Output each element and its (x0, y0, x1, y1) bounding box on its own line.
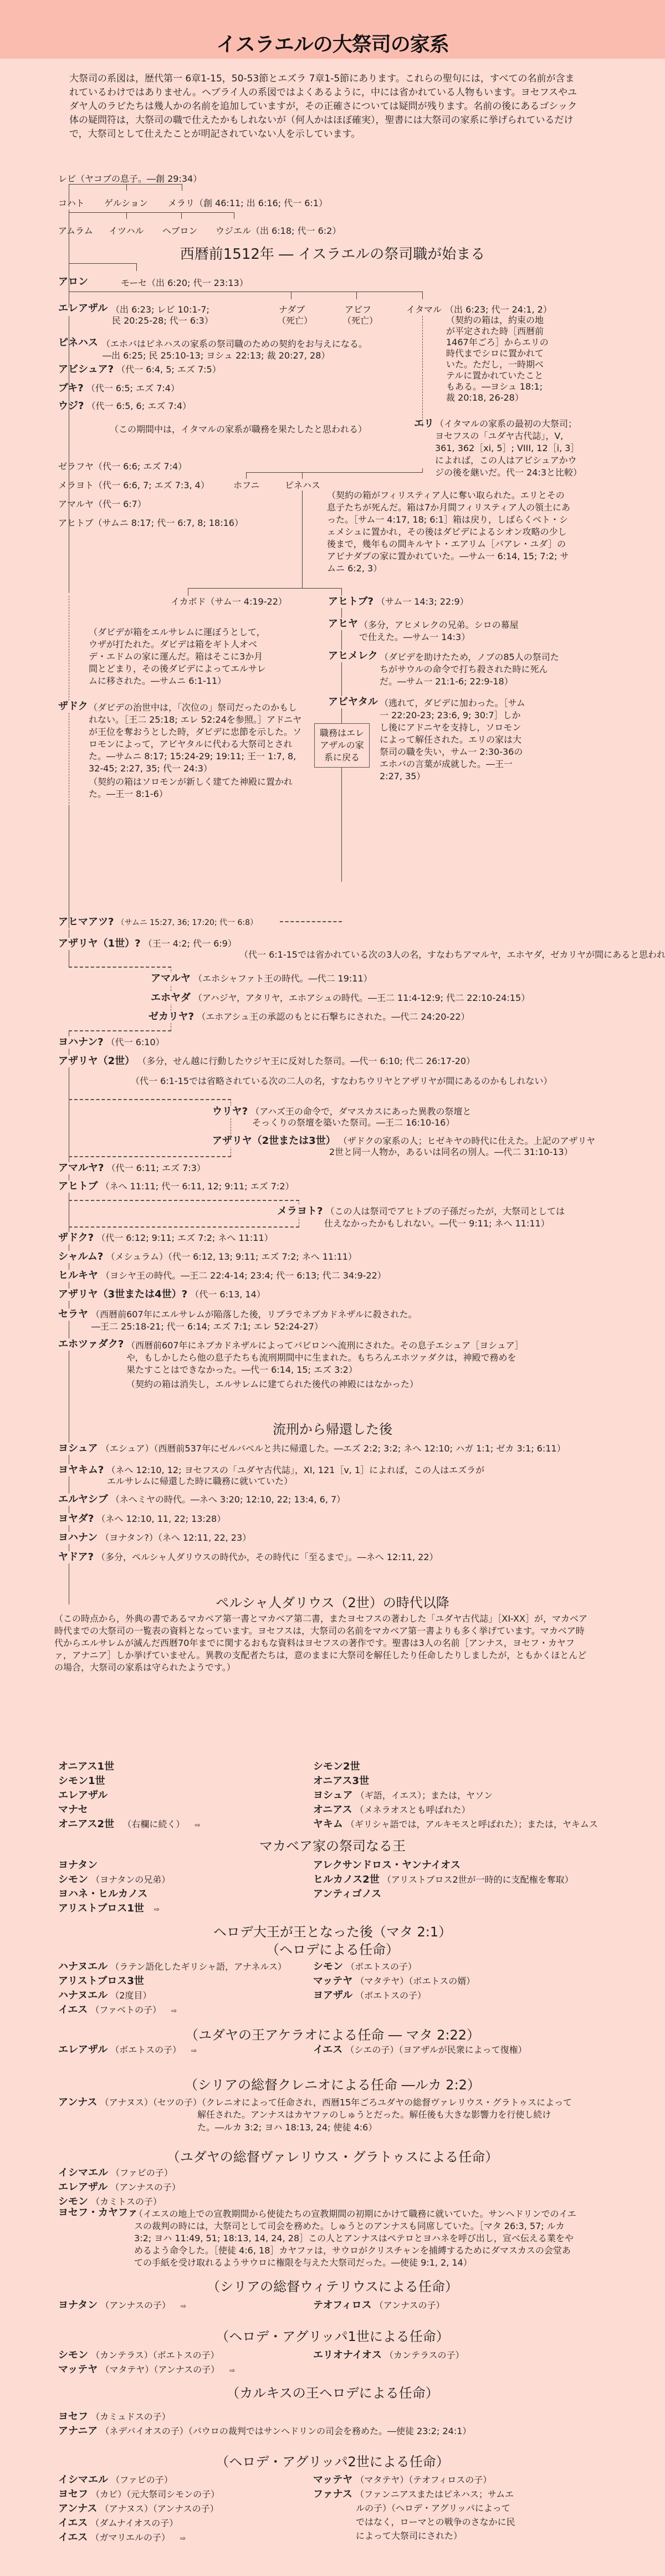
johanan-2-ref: （ヨナタン?）（ネへ 12:11, 22, 23） (100, 1532, 251, 1543)
zerahiah: ゼラフヤ（代一 6:6; エズ 7:4） (58, 461, 187, 473)
ithamar-ref: （出 6:23; 代一 24:1, 2） (445, 304, 552, 316)
section-title-archelaus: （ユダヤの王アケラオによる任命 ― マタ 2:22） (0, 2026, 665, 2044)
priest-item: アレクサンドロス・ヤンナイオス (313, 1858, 623, 1873)
priest-item: アリストブロス1世⇨ (58, 1902, 302, 1916)
ahijah-note: （多分，アヒメレクの兄弟。シロの幕屋で仕えた。―サム一 14:3） (359, 619, 525, 643)
hilkiah-ref: （ヨシヤ王の時代。―王二 22:4-14; 23:4; 代一 6:13; 代二 … (101, 1270, 386, 1281)
continue-arrow-icon: ⇨ (229, 2363, 235, 2378)
tree-line (356, 292, 357, 299)
archelaus-left-list: エレアザル （ボエトスの子）⇨ (58, 2043, 302, 2058)
agrippa2-right-list: マッテヤ （マタテヤ）（テオフィロスの子） ファナス （ファンニアスまたはピネハ… (313, 2473, 518, 2543)
azariah-1-ref: （王一 4:2; 代一 6:9） (144, 938, 237, 949)
phinehas-note: ―出 6:25; 民 25:10-13; ヨシュ 22:13; 裁 20:27,… (103, 350, 330, 362)
azariah-2-or-3: アザリヤ（2世または3世） (212, 1135, 336, 1147)
jaddua-ref: （多分，ペルシャ人ダリウスの時代か，その時代に「至るまで」。―ネへ 12:11,… (96, 1552, 438, 1562)
persian-note: （この時点から，外典の書であるマカベア第一書とマカベア第二書，またヨセフスの著わ… (54, 1613, 592, 1674)
gratus-list: イシマエル （ファビの子） エレアザル （アンナスの子） シモン （カミトスの子… (58, 2166, 302, 2209)
jehozadak: エホツァダク? (58, 1338, 124, 1350)
eleazar-ref: 民 20:25-28; 代一 6:3） (112, 315, 213, 327)
uzzi: ウジ? (58, 400, 84, 412)
ithamar: イタマル (406, 304, 442, 316)
maccabean-left-list: ヨナタン シモン （ヨナタンの兄弟） ヨハネ・ヒルカノス アリストブロス1世⇨ (58, 1858, 302, 1916)
jehozadak-note: （西暦前607年にネブカドネザルによってバビロンへ流刑にされた。その息子エシュア… (126, 1340, 520, 1376)
ahijah: アヒヤ (328, 618, 358, 630)
tree-line-dashed (69, 1099, 231, 1100)
tree-line (422, 292, 423, 299)
priest-item: ヨアザル （ボエトスの子） (313, 1989, 623, 2003)
nadab-note: （死亡） (277, 315, 313, 327)
levi: レビ（ヤコブの息子。―創 29:34） (58, 173, 202, 185)
meraioth-2: メラヨト? (277, 1205, 323, 1217)
section-title-persian: ペルシャ人ダリウス（2世）の時代以降 (0, 1594, 665, 1612)
tree-line (69, 929, 69, 938)
tree-line (246, 472, 423, 473)
izhar: イツハル (109, 225, 144, 237)
ark-capture-note: （契約の箱がフィリスティア人に奪い取られた。エリとその息子たちが死んだ。箱は7か… (327, 489, 571, 575)
azariah-2-note: （多分，せん越に行動したウジヤ王に反対した祭司。―代一 6:10; 代二 26:… (137, 1056, 475, 1066)
tree-line (188, 588, 188, 596)
page-title: イスラエルの大祭司の家系 (0, 29, 665, 57)
tree-line (302, 472, 303, 479)
amariah-2: アマルヤ (151, 973, 191, 984)
ahimaaz-ref: （サムニ 15:27, 36; 17:20; 代一 6:8） (117, 918, 258, 927)
omitted-names-note-2: （代一 6:1-15では省略されている次の二人の名，すなわちウリヤとアザリヤが間… (131, 1075, 552, 1087)
continue-arrow-icon: ⇨ (191, 2043, 197, 2058)
jeshua-ref: （エシュア）（西暦前537年にゼルバベルと共に帰還した。―エズ 2:2; 3:2… (101, 1443, 566, 1454)
priest-item: オニアス1世 (58, 1760, 302, 1774)
tree-line (182, 184, 182, 191)
archelaus-right-list: イエス （シエの子）（ヨアザルが民衆によって復権） (313, 2043, 623, 2057)
priest-item: エリオナイオス （カンテラスの子） (313, 2348, 623, 2363)
ahimelech: アヒメレク (328, 650, 378, 662)
tree-line (181, 212, 182, 219)
section-title-gratus: （ユダヤの総督ヴァレリウス・グラトゥスによる任命） (0, 2148, 665, 2166)
phinehas: ピネハス (58, 337, 98, 349)
tree-line-dashed (69, 967, 171, 968)
priest-item: ハナヌエル （2度目） (58, 1989, 302, 2003)
zadok-note: （ダビデの治世中は，「次位の」祭司だったのかもしれない。［王二 25:18; エ… (89, 702, 302, 775)
tree-line-dashed (422, 316, 423, 427)
eliashib-ref: （ネへミヤの時代。―ネへ 3:20; 12:10, 22; 13:4, 6, 7… (111, 1494, 345, 1505)
tree-line-dashed (280, 921, 342, 922)
section-title-after-exile: 流刑から帰還した後 (0, 1420, 665, 1438)
tree-line-dashed (69, 1200, 299, 1201)
seraiah-note-cont: ―王二 25:18-21; 代一 6:14; エズ 7:1; エレ 52:24-… (91, 1321, 323, 1333)
bukki: ブキ? (58, 382, 84, 394)
nadab: ナダブ (279, 304, 305, 316)
priest-item: マッテヤ （マタテヤ）（テオフィロスの子） (313, 2473, 518, 2487)
urijah: ウリヤ? (212, 1106, 248, 1117)
tree-line-dashed (69, 1226, 299, 1228)
amariah-2-note: （エホシャファト王の時代。―代二 19:11） (193, 973, 372, 984)
meraioth: メラヨト（代一 6:6, 7; エズ 7:3, 4） (58, 479, 209, 492)
shallum: シャルム? (58, 1251, 103, 1263)
hilkiah: ヒルキヤ (58, 1270, 98, 1281)
continue-arrow-icon: ⇨ (195, 1818, 200, 1832)
abiathar: アビヤタル (328, 696, 378, 708)
tree-line (69, 184, 182, 185)
uzzi-ref: （代一 6:5, 6; エズ 7:4） (87, 401, 192, 411)
continue-arrow-icon: ⇨ (180, 2531, 186, 2546)
azariah-2-or-3-note: （ザドクの家系の人；ヒゼキヤの時代に仕えた。上記のアザリヤ (339, 1136, 595, 1146)
priest-item: アリストブロス3世 (58, 1974, 302, 1989)
priest-item: シモン （ヨナタンの兄弟） (58, 1873, 302, 1887)
priest-item: ハナヌエル （ラテン語化したギリシャ語，アナネルス） (58, 1960, 302, 1974)
ahitub-3: アヒトブ (58, 1180, 98, 1192)
uzzah-note: （ダビデが箱をエルサレムに運ぼうとして，ウザが打たれた。ダビデは箱をギト人オベデ… (89, 626, 272, 687)
ark-lost-note: （契約の箱は消失し，エルサレムに建てられた後代の神殿にはなかった） (126, 1378, 418, 1391)
jaddua: ヤドア? (58, 1551, 94, 1563)
priest-item: マッテヤ （マタテヤ）（ボエトスの婿） (313, 1974, 623, 1989)
eli: エリ (414, 418, 434, 430)
priest-item: テオフィロス （アンナスの子） (313, 2298, 623, 2313)
priest-item: ヒルカノス2世 （アリストブロス2世が一時的に支配権を奪取） (313, 1873, 623, 1887)
jehoiada: エホヤダ (151, 992, 191, 1004)
maccabean-right-list: アレクサンドロス・ヤンナイオス ヒルカノス2世 （アリストブロス2世が一時的に支… (313, 1858, 623, 1902)
section-title-maccabean: マカベア家の祭司なる王 (0, 1837, 665, 1855)
ahimelech-note: （ダビデを助けたため，ノブの85人の祭司たちがサウルの命令で打ち殺された時に死ん… (380, 651, 562, 688)
caiaphas-note: （イエスの地上での宣教期間から使徒たちの宣教期間の初期にかけて職務に就いていた。… (134, 2208, 577, 2269)
zechariah: ゼカリヤ? (149, 1011, 194, 1023)
phinehas-son-of-eli: ピネハス (285, 479, 320, 492)
seraiah-note: （西暦前607年にエルサレムが陥落した後，リブラでネブカドネザルに殺された。 (91, 1309, 417, 1320)
azariah-2-or-3-note-cont: 2世と同一人物か，あるいは同名の別人。―代二 31:10-13） (329, 1146, 573, 1158)
vitellius-right-list: テオフィロス （アンナスの子） (313, 2298, 623, 2313)
priest-item: オニアス3世 (313, 1774, 623, 1788)
section-title-1512: 西暦前1512年 ― イスラエルの祭司職が始まる (0, 245, 665, 264)
kohath: コハト (58, 197, 85, 209)
priest-item: シモン2世 (313, 1760, 623, 1774)
abihu: アビフ (345, 304, 371, 316)
priest-item: アンティゴノス (313, 1887, 623, 1902)
tree-line (302, 490, 303, 589)
priest-item: ヤキム （ギリシャ語では，アルキモスと呼ばれた）；または，ヤキムス (313, 1817, 623, 1832)
johanan-1: ヨハナン? (58, 1036, 104, 1048)
hophni: ホフニ (233, 479, 259, 492)
aaron: アロン (58, 276, 88, 288)
continue-arrow-icon: ⇨ (171, 2003, 177, 2018)
azariah-1: アザリヤ（1世）? (58, 938, 141, 949)
tree-line (291, 292, 291, 299)
section-subtitle-herod: （ヘロデによる任命） (0, 1941, 665, 1959)
priest-item: オニアス2世 （右欄に続く）⇨ (58, 1817, 302, 1832)
priest-item: シモン （ボエトスの子） (313, 1960, 623, 1974)
caiaphas: ヨセフ・カヤファ (58, 2207, 138, 2219)
abishua: アビシュア? (58, 364, 114, 375)
temple-note: （契約の箱はソロモンが新しく建てた神殿に置かれた。―王一 8:1-6） (89, 776, 302, 800)
urijah-note: （アハズ王の命令で，ダマスカスにあった異教の祭壇と (250, 1106, 471, 1117)
abihu-note: （死亡） (342, 315, 378, 327)
priest-item: イエス （ダムナイオスの子） (58, 2516, 302, 2531)
section-title-vitellius: （シリアの総督ウィテリウスによる任命） (0, 2278, 665, 2296)
azariah-3-or-4: アザリヤ（3世または4世）? (58, 1289, 187, 1300)
priest-item: オニアス （メネラオスとも呼ばれた） (313, 1803, 623, 1817)
priest-item: アンナス （アナヌス）（アンナスの子） (58, 2502, 302, 2516)
merari: メラリ（創 46:11; 出 6:16; 代一 6:1） (168, 197, 328, 209)
page-header: イスラエルの大祭司の家系 (0, 0, 665, 59)
priest-item: マッテヤ （マタテヤ）（アンナスの子）⇨ (58, 2363, 302, 2378)
annas-note-cont: 解任された。アンナスはカヤファのしゅうとだった。解任後も大きな影響力を行使し続け (197, 2109, 551, 2121)
tree-line (69, 212, 234, 213)
priest-item: ファナス （ファンニアスまたはピネハス；サムエルの子）（ヘロデ・アグリッパによっ… (313, 2487, 518, 2543)
agrippa1-right-list: エリオナイオス （カンテラスの子） (313, 2348, 623, 2363)
persian-left-list: オニアス1世 シモン1世 エレアザル マナセ オニアス2世 （右欄に続く）⇨ (58, 1760, 302, 1832)
zadok-2-ref: （代一 6:12; 9:11; エズ 7:2; ネへ 11:11） (96, 1233, 273, 1243)
priest-item: マナセ (58, 1803, 302, 1817)
joiakim-note-cont: エルサレムに帰還した時に職務に就いていた） (107, 1475, 293, 1488)
moses: モーセ（出 6:20; 代一 23:13） (121, 277, 248, 289)
priest-item: イシマエル （ファビの子） (58, 2166, 302, 2180)
tree-line (246, 472, 247, 479)
priest-item: イエス （シエの子）（ヨアザルが民衆によって復権） (313, 2043, 623, 2057)
hebron: ヘブロン (162, 225, 198, 237)
ahitub-2-ref: （サム一 14:3; 22:9） (376, 596, 469, 607)
priest-item: イシマエル （ファビの子） (58, 2473, 302, 2487)
tree-line (126, 212, 127, 219)
tree-line-dashed (69, 1156, 231, 1157)
priest-item: シモン1世 (58, 1774, 302, 1788)
phinehas-note: （エホバはピネハスの家系の祭司職のための契約をお与えになる。 (101, 338, 367, 350)
tree-line (69, 950, 69, 967)
section-title-agrippa-1: （ヘロデ・アグリッパ1世による任命） (0, 2328, 665, 2345)
priest-item: ヨセフ （カビ）（元大祭司シモンの子） (58, 2487, 302, 2502)
gershon: ゲルション (104, 197, 148, 209)
section-title-chalcis: （カルキスの王ヘロデによる任命） (0, 2384, 665, 2402)
section-title-herod: ヘロデ大王が王となった後（マタ 2:1） (0, 1923, 665, 1941)
johanan-2: ヨハナン (58, 1532, 98, 1543)
johanan-1-ref: （代一 6:10） (106, 1037, 165, 1047)
tree-line (69, 806, 69, 928)
bukki-ref: （代一 6:5; エズ 7:4） (86, 383, 180, 393)
shallum-ref: （メシュラム）（代一 6:12, 13; 9:11; エズ 7:2; ネへ 11… (106, 1251, 356, 1262)
priest-item: ヨセフ （カミュドスの子） (58, 2410, 612, 2424)
tree-line (188, 588, 342, 589)
ithamar-period-note: （この期間中は，イタマルの家系が職務を果たしたと思われる） (110, 423, 367, 436)
office-returns-box: 職務はエレアザルの家系に戻る (314, 723, 370, 768)
meraioth-2-note: （この人は祭司でアヒトブの子孫だったが，大祭司としては (326, 1206, 565, 1217)
ichabod: イカボド（サム一 4:19-22） (171, 596, 287, 608)
ahitub: アヒトブ（サムニ 8:17; 代一 6:7, 8; 18:16） (58, 517, 243, 529)
jehoiada-note: （アハジヤ，アタリヤ，エホアシュの時代。―王二 11:4-12:9; 代二 22… (193, 993, 530, 1003)
azariah-3-or-4-ref: （代一 6:13, 14） (190, 1289, 265, 1300)
agrippa2-left-list: イシマエル （ファビの子） ヨセフ （カビ）（元大祭司シモンの子） アンナス （… (58, 2473, 302, 2546)
vitellius-left-list: ヨナタン （アンナスの子）⇨ (58, 2298, 302, 2313)
tree-line (69, 292, 423, 292)
eleazar: エレアザル (58, 303, 108, 314)
amariah-3-ref: （代一 6:11; エズ 7:3） (107, 1163, 206, 1173)
azariah-2: アザリヤ（2世） (58, 1055, 135, 1067)
jeshua: ヨシュア (58, 1443, 98, 1454)
intro-text: 大祭司の系図は，歴代第一 6章1-15，50-53節とエズラ 7章1-5節にあり… (69, 72, 579, 141)
section-title-agrippa-2: （ヘロデ・アグリッパ2世による任命） (0, 2453, 665, 2471)
meraioth-2-note-cont: 仕えなかったかもしれない。―代一 9:11; ネへ 11:11） (324, 1218, 550, 1230)
tree-line (136, 263, 137, 271)
joiakim: ヨヤキム? (58, 1464, 104, 1476)
priest-item: シモン （カンテラス）（ボエトスの子） (58, 2348, 302, 2363)
priest-item: エレアザル （アンナスの子） (58, 2180, 302, 2195)
uzziel: ウジエル（出 6:18; 代一 6:2） (216, 225, 341, 237)
tree-line (69, 316, 69, 593)
herod-left-list: ハナヌエル （ラテン語化したギリシャ語，アナネルス） アリストブロス3世 ハナヌ… (58, 1960, 302, 2018)
priest-item: ヨシュア （ギ語，イエス）；または，ヤソン (313, 1788, 623, 1803)
amram: アムラム (58, 225, 93, 237)
herod-right-list: シモン （ボエトスの子） マッテヤ （マタテヤ）（ボエトスの婿） ヨアザル （ボ… (313, 1960, 623, 2003)
priest-item: ヨハネ・ヒルカノス (58, 1887, 302, 1902)
seraiah: セラヤ (58, 1309, 88, 1320)
agrippa1-left-list: シモン （カンテラス）（ボエトスの子） マッテヤ （マタテヤ）（アンナスの子）⇨ (58, 2348, 302, 2378)
priest-item: イエス （ガマリエルの子）⇨ (58, 2531, 302, 2546)
abiathar-note: （逃れて，ダビデに加わった。［サム一 22:20-23; 23:6, 9; 30… (380, 697, 529, 783)
annas-note-cont: た。―ルカ 3:2; ヨハ 18:13, 24; 使徒 4:6） (197, 2122, 377, 2134)
persian-right-list: シモン2世 オニアス3世 ヨシュア （ギ語，イエス）；または，ヤソン オニアス … (313, 1760, 623, 1832)
zadok: ザドク (58, 701, 88, 712)
urijah-note-cont: そっくりの祭壇を築いた祭司。―王二 16:10-16） (252, 1117, 454, 1129)
ithamar-note: （契約の箱は，約束の地が平定された時［西暦前1467年ごろ］からエリの時代までシ… (446, 315, 549, 403)
zechariah-note: （エホアシュ王の承認のもとに石撃ちにされた。―代二 24:20-22） (197, 1011, 469, 1022)
amariah-3: アマルヤ? (58, 1162, 104, 1174)
tree-line (126, 184, 127, 191)
eli-note: （イタマルの家系の最初の大祭司；ヨセフスの「ユダヤ古代誌」，V, 361, 36… (435, 418, 579, 479)
priest-item: エレアザル （ボエトスの子）⇨ (58, 2043, 302, 2058)
ahimaaz: アヒマアツ? (58, 916, 114, 928)
annas: アンナス (58, 2097, 98, 2108)
priest-item: エレアザル (58, 1788, 302, 1803)
continue-arrow-icon: ⇨ (181, 2299, 186, 2313)
annas-note: （アナヌス）（セツの子）（クレニオによって任命され，西暦15年ごろユダヤの総督ヴ… (100, 2097, 572, 2108)
abishua-ref: （代一 6:4, 5; エズ 7:5） (116, 364, 221, 375)
omitted-names-note-1: （代一 6:1-15では省かれている次の3人の名，すなわちアマルヤ，エホヤダ，ゼ… (239, 949, 665, 961)
ahitub-2: アヒトブ? (328, 596, 374, 607)
priest-item: ヨナタン (58, 1858, 302, 1873)
eleazar-ref: （出 6:23; レビ 10:1-7; (111, 304, 209, 316)
priest-item: アナニア （ネデバイオスの子）（パウロの裁判ではサンヘドリンの司会を務めた。―使… (58, 2424, 612, 2439)
joiada: ヨヤダ? (58, 1513, 94, 1525)
chalcis-list: ヨセフ （カミュドスの子） アナニア （ネデバイオスの子）（パウロの裁判ではサン… (58, 2410, 612, 2439)
tree-line (422, 468, 423, 472)
joiakim-note: （ネへ 12:10, 12; ヨセフスの「ユダヤ古代誌」，XI, 121［v, … (106, 1465, 484, 1475)
tree-line-dashed (69, 1030, 171, 1031)
ahitub-3-ref: （ネへ 11:11; 代一 6:11, 12; 9:11; エズ 7:2） (101, 1181, 294, 1192)
tree-line (234, 212, 234, 219)
amariah: アマルヤ（代一 6:7） (58, 498, 146, 510)
continue-arrow-icon: ⇨ (154, 1902, 160, 1916)
joiada-ref: （ネへ 12:10, 11, 22; 13:28） (96, 1514, 226, 1524)
tree-line (69, 263, 137, 264)
eliashib: エルヤシブ (58, 1494, 108, 1505)
priest-item: ヨナタン （アンナスの子）⇨ (58, 2298, 302, 2313)
priest-item: イエス （ファベトの子）⇨ (58, 2003, 302, 2018)
section-title-quirinius: （シリアの総督クレニオによる任命 ―ルカ 2:2） (0, 2076, 665, 2094)
zadok-2: ザドク? (58, 1232, 94, 1244)
